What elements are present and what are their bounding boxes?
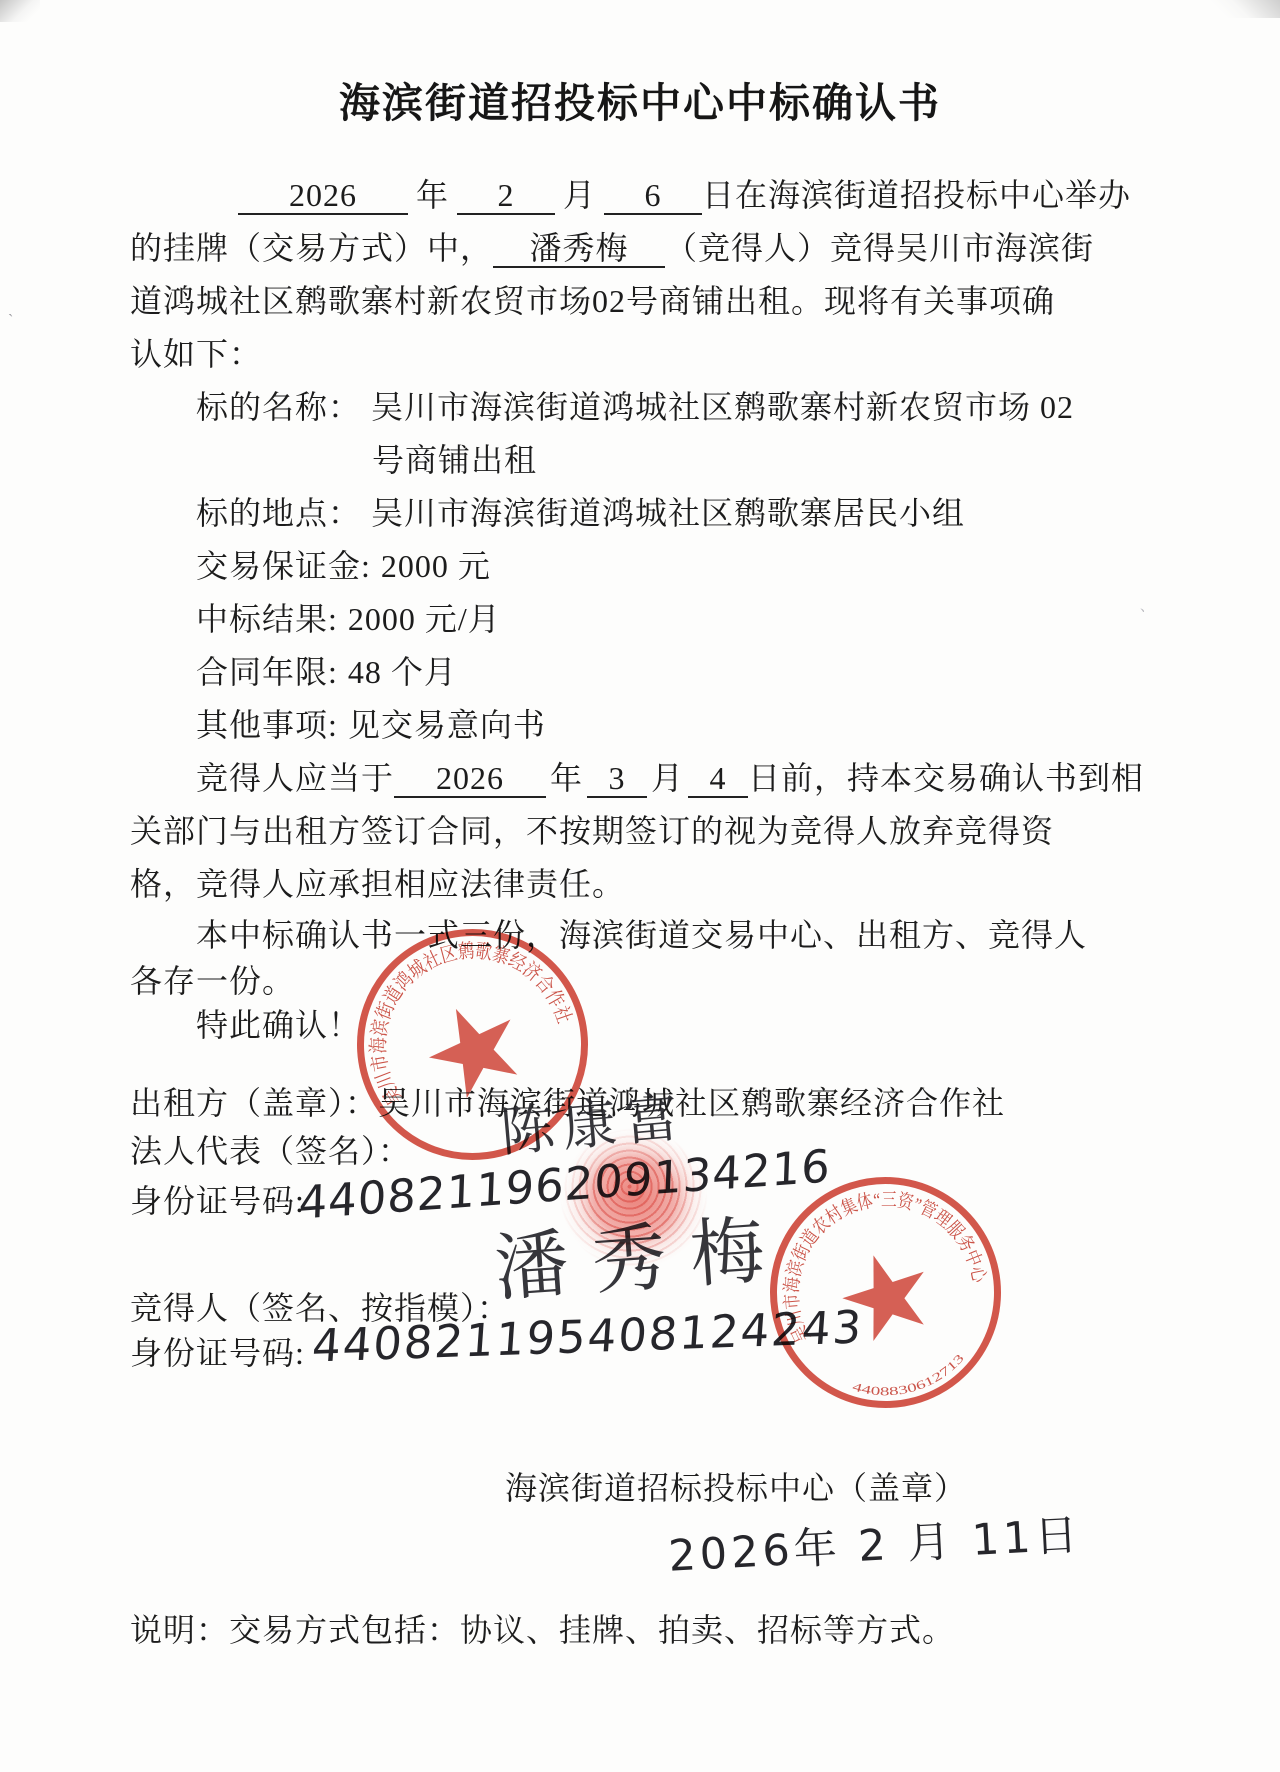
deadline-post: 日前，持本交易确认书到相 [748,760,1144,796]
note-line: 说明：交易方式包括：协议、挂牌、拍卖、招标等方式。 [130,1605,955,1651]
subject-name-label: 标的名称： [196,389,361,425]
intro-line-2: 的挂牌（交易方式）中，潘秀梅（竞得人）竞得吴川市海滨街 [130,223,1094,269]
field-subject-location: 标的地点：吴川市海滨街道鸿城社区鹩歌寨居民小组 [196,488,965,534]
center-date-handwritten: 2026年 2 月 11日 [667,1501,1083,1584]
deadline-year: 2026 [394,761,546,798]
other-value: 见交易意向书 [348,707,546,743]
month-unit: 月 [563,177,596,213]
copies-line-1: 本中标确认书一式三份，海滨街道交易中心、出租方、竞得人 [196,910,1087,956]
deposit-label: 交易保证金: [196,548,371,584]
deposit-value: 2000 元 [381,548,491,584]
deadline-year-unit: 年 [550,760,583,796]
term-value: 48 个月 [348,654,457,690]
filled-day: 6 [604,178,702,215]
subject-location-label: 标的地点： [196,495,361,531]
intro-line-4: 认如下： [130,329,262,375]
field-subject-name-cont: 号商铺出租 [372,435,537,481]
scan-speck: 、 [1140,596,1154,616]
page-title: 海滨街道招投标中心中标确认书 [0,70,1280,129]
result-label: 中标结果: [196,601,338,637]
field-term: 合同年限:48 个月 [196,647,457,693]
intro-line-3: 道鸿城社区鹩歌寨村新农贸市场02号商铺出租。现将有关事项确 [130,276,1055,322]
filled-year: 2026 [238,178,408,215]
center-name-line: 海滨街道招标投标中心（盖章） [505,1463,967,1509]
intro-line-2-post: （竞得人）竞得吴川市海滨街 [665,230,1094,266]
deadline-line-1: 竞得人应当于2026年3月4日前，持本交易确认书到相 [196,753,1144,799]
deadline-month: 3 [587,761,647,798]
deadline-month-unit: 月 [651,760,684,796]
year-unit: 年 [416,177,449,213]
lessor-label: 出租方（盖章）： [130,1085,378,1121]
intro-line-1: 2026年2月6日在海滨街道招投标中心举办 [238,170,1131,216]
copies-line-2: 各存一份。 [130,956,295,1002]
result-value: 2000 元/月 [348,601,501,637]
deadline-day: 4 [688,761,748,798]
subject-name-value: 吴川市海滨街道鸿城社区鹩歌寨村新农贸市场 02 [371,389,1074,425]
scan-speck: ` [8,312,13,330]
star-icon [415,990,533,1105]
subject-location-value: 吴川市海滨街道鸿城社区鹩歌寨居民小组 [371,495,965,531]
term-label: 合同年限: [196,654,338,690]
filled-month: 2 [457,178,555,215]
scan-corner-shadow-right [1210,0,1280,18]
legal-rep-line: 法人代表（签名）： [130,1126,411,1172]
scan-corner-shadow-left [0,0,40,22]
intro-line-1-rest: 日在海滨街道招投标中心举办 [702,177,1131,213]
document-page: ` 、 海滨街道招投标中心中标确认书 2026年2月6日在海滨街道招投标中心举办… [0,0,1280,1772]
field-deposit: 交易保证金:2000 元 [196,541,491,587]
field-result: 中标结果:2000 元/月 [196,594,501,640]
field-subject-name: 标的名称：吴川市海滨街道鸿城社区鹩歌寨村新农贸市场 02 [196,382,1074,428]
star-icon [833,1242,940,1346]
other-label: 其他事项: [196,707,338,743]
winner-id-line: 身份证号码: [130,1328,305,1374]
deadline-line-3: 格，竞得人应承担相应法律责任。 [130,859,625,905]
field-other: 其他事项:见交易意向书 [196,700,546,746]
lessor-id-line: 身份证号码: [130,1176,305,1222]
intro-line-2-pre: 的挂牌（交易方式）中， [130,230,493,266]
deadline-pre: 竞得人应当于 [196,760,394,796]
deadline-line-2: 关部门与出租方签订合同，不按期签订的视为竞得人放弃竞得资 [130,806,1054,852]
filled-winner-name: 潘秀梅 [493,231,665,268]
